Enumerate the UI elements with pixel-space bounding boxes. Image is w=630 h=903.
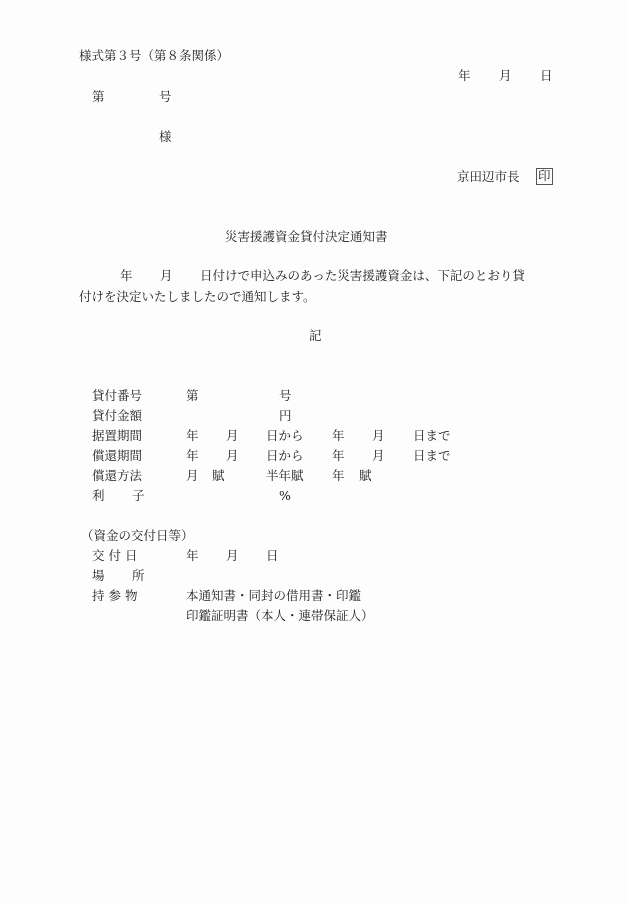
delivery-date-day: 日 <box>266 550 279 563</box>
doc-number-suffix: 号 <box>159 91 172 104</box>
delivery-place-label-a: 場 <box>92 570 105 583</box>
body-line1: 日付けで申込みのあった災害援護資金は、下記のとおり貸 <box>200 270 525 283</box>
delivery-items-label: 持 参 物 <box>92 590 137 603</box>
form-number: 様式第３号（第８条関係） <box>79 50 229 63</box>
loan-number-prefix: 第 <box>186 390 199 403</box>
method-semiannual: 半年賦 <box>266 470 304 483</box>
doc-number-prefix: 第 <box>92 91 105 104</box>
repayment-start-day: 日から <box>266 450 304 463</box>
issuer-name: 京田辺市長 <box>457 171 520 184</box>
date-day: 日 <box>540 70 553 83</box>
loan-amount-label: 貸付金額 <box>92 410 142 423</box>
seal-box: 印 <box>536 168 553 185</box>
method-monthly-b: 賦 <box>212 470 225 483</box>
loan-number-suffix: 号 <box>279 390 292 403</box>
delivery-heading: （資金の交付日等） <box>81 530 194 543</box>
document-title: 災害援護資金貸付決定通知書 <box>225 231 388 244</box>
interest-label-a: 利 <box>92 490 105 503</box>
delivery-date-year: 年 <box>186 550 199 563</box>
delivery-items-line2: 印鑑証明書（本人・連帯保証人） <box>186 610 374 623</box>
repayment-end-day: 日まで <box>413 450 451 463</box>
deferment-end-year: 年 <box>332 430 345 443</box>
body-month: 月 <box>160 270 173 283</box>
deferment-end-day: 日まで <box>413 430 451 443</box>
repayment-start-month: 月 <box>226 450 239 463</box>
delivery-items-line1: 本通知書・同封の借用書・印鑑 <box>186 590 361 603</box>
date-month: 月 <box>499 70 512 83</box>
interest-label-b: 子 <box>132 490 145 503</box>
interest-unit: % <box>279 490 291 503</box>
body-year: 年 <box>120 270 133 283</box>
method-annual-b: 賦 <box>359 470 372 483</box>
deferment-period-label: 据置期間 <box>92 430 142 443</box>
repayment-start-year: 年 <box>186 450 199 463</box>
delivery-date-month: 月 <box>226 550 239 563</box>
ki-marker: 記 <box>309 330 322 343</box>
deferment-end-month: 月 <box>372 430 385 443</box>
body-line2: 付けを決定いたしましたので通知します。 <box>79 291 316 304</box>
addressee-suffix: 様 <box>159 131 172 144</box>
loan-number-label: 貸付番号 <box>92 390 142 403</box>
repayment-period-label: 償還期間 <box>92 450 142 463</box>
delivery-date-label: 交 付 日 <box>92 550 137 563</box>
method-annual-a: 年 <box>332 470 345 483</box>
deferment-start-month: 月 <box>226 430 239 443</box>
deferment-start-year: 年 <box>186 430 199 443</box>
deferment-start-day: 日から <box>266 430 304 443</box>
repayment-end-month: 月 <box>372 450 385 463</box>
seal-stamp: 印 <box>536 168 553 185</box>
repayment-end-year: 年 <box>332 450 345 463</box>
repayment-method-label: 償還方法 <box>92 470 142 483</box>
loan-amount-unit: 円 <box>279 410 292 423</box>
date-year: 年 <box>458 70 471 83</box>
delivery-place-label-b: 所 <box>132 570 145 583</box>
method-monthly-a: 月 <box>186 470 199 483</box>
